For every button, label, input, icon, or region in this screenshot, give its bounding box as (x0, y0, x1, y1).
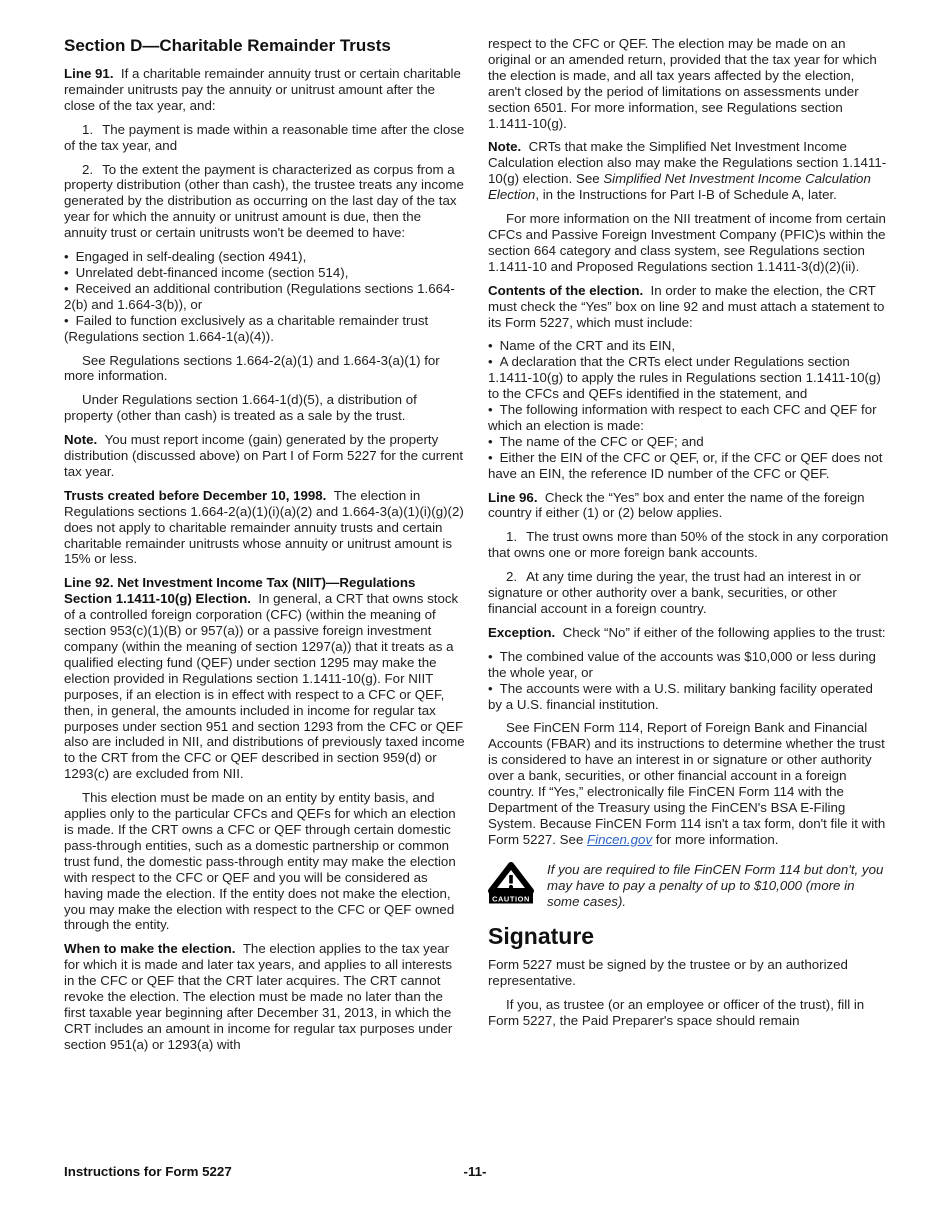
bullet-icon: • (488, 402, 493, 417)
paragraph: Line 91. If a charitable remainder annui… (64, 66, 465, 114)
text-run: A declaration that the CRTs elect under … (488, 354, 881, 401)
footer-doc-title: Instructions for Form 5227 (64, 1164, 232, 1179)
text-run: Engaged in self-dealing (section 4941), (76, 249, 307, 264)
text-run: The payment is made within a reasonable … (64, 122, 464, 153)
bullet-icon: • (488, 434, 493, 449)
paragraph-lead: When to make the election. (64, 941, 243, 956)
paragraph-lead: Trusts created before December 10, 1998. (64, 488, 334, 503)
text-run: Check the “Yes” box and enter the name o… (488, 490, 864, 521)
text-run: The name of the CFC or QEF; and (500, 434, 704, 449)
text-run: If you, as trustee (or an employee or of… (488, 997, 864, 1028)
paragraph: Exception. Check “No” if either of the f… (488, 625, 889, 641)
bullet-icon: • (488, 450, 493, 465)
paragraph: This election must be made on an entity … (64, 790, 465, 933)
bullet-item: •The following information with respect … (488, 402, 889, 434)
text-run: Under Regulations section 1.664-1(d)(5),… (64, 392, 417, 423)
list-number: 2. (506, 569, 517, 584)
bullet-item: •A declaration that the CRTs elect under… (488, 354, 889, 402)
text-run: You must report income (gain) generated … (64, 432, 463, 479)
paragraph: Note. CRTs that make the Simplified Net … (488, 139, 889, 203)
signature-heading: Signature (488, 923, 889, 949)
paragraph: Line 96. Check the “Yes” box and enter t… (488, 490, 889, 522)
text-run: Name of the CRT and its EIN, (500, 338, 675, 353)
paragraph: Note. You must report income (gain) gene… (64, 432, 465, 480)
fincen-gov-link[interactable]: Fincen.gov (587, 832, 652, 847)
paragraph-lead: Note. (64, 432, 105, 447)
bullet-item: •The combined value of the accounts was … (488, 649, 889, 681)
list-number: 1. (82, 122, 93, 137)
text-run: Check “No” if either of the following ap… (563, 625, 886, 640)
text-run: The accounts were with a U.S. military b… (488, 681, 873, 712)
text-run: Either the EIN of the CFC or QEF, or, if… (488, 450, 882, 481)
text-run: The election applies to the tax year for… (64, 941, 452, 1051)
caution-text: If you are required to file FinCEN Form … (547, 861, 889, 910)
bullet-icon: • (64, 265, 69, 280)
paragraph: Form 5227 must be signed by the trustee … (488, 957, 889, 989)
paragraph-lead: Note. (488, 139, 529, 154)
paragraph: respect to the CFC or QEF. The election … (488, 36, 889, 131)
bullet-item: •Name of the CRT and its EIN, (488, 338, 889, 354)
bullet-icon: • (488, 354, 493, 369)
bullet-item: •Either the EIN of the CFC or QEF, or, i… (488, 450, 889, 482)
text-run: To the extent the payment is characteriz… (64, 162, 464, 241)
text-run: If a charitable remainder annuity trust … (64, 66, 461, 113)
text-run: respect to the CFC or QEF. The election … (488, 36, 877, 131)
list-number: 2. (82, 162, 93, 177)
paragraph: See FinCEN Form 114, Report of Foreign B… (488, 720, 889, 847)
bullet-item: •The accounts were with a U.S. military … (488, 681, 889, 713)
bullet-icon: • (488, 338, 493, 353)
list-number: 1. (506, 529, 517, 544)
bullet-icon: • (488, 681, 493, 696)
bullet-icon: • (64, 313, 69, 328)
text-run: For more information on the NII treatmen… (488, 211, 886, 274)
text-run: See FinCEN Form 114, Report of Foreign B… (488, 720, 885, 846)
text-run: This election must be made on an entity … (64, 790, 456, 932)
paragraph: Contents of the election. In order to ma… (488, 283, 889, 331)
caution-icon: CAUTION (488, 861, 534, 908)
bullet-item: •Received an additional contribution (Re… (64, 281, 465, 313)
bullet-item: •Unrelated debt-financed income (section… (64, 265, 465, 281)
bullet-icon: • (64, 249, 69, 264)
numbered-item: 1.The payment is made within a reasonabl… (64, 122, 465, 154)
text-run: , in the Instructions for Part I-B of Sc… (535, 187, 837, 202)
bullet-item: •Engaged in self-dealing (section 4941), (64, 249, 465, 265)
text-run: The combined value of the accounts was $… (488, 649, 876, 680)
text-run: At any time during the year, the trust h… (488, 569, 861, 616)
text-run: Unrelated debt-financed income (section … (76, 265, 349, 280)
text-run: The following information with respect t… (488, 402, 877, 433)
bullet-icon: • (64, 281, 69, 296)
paragraph-lead: Line 91. (64, 66, 121, 81)
paragraph: See Regulations sections 1.664-2(a)(1) a… (64, 353, 465, 385)
bullet-item: •The name of the CFC or QEF; and (488, 434, 889, 450)
paragraph-lead: Exception. (488, 625, 563, 640)
text-run: Received an additional contribution (Reg… (64, 281, 455, 312)
text-run: If you are required to file FinCEN Form … (547, 862, 883, 909)
section-heading: Section D—Charitable Remainder Trusts (64, 36, 465, 56)
paragraph-lead: Line 96. (488, 490, 545, 505)
paragraph: For more information on the NII treatmen… (488, 211, 889, 275)
paragraph: If you, as trustee (or an employee or of… (488, 997, 889, 1029)
right-column: respect to the CFC or QEF. The election … (488, 36, 889, 1061)
caution-note: CAUTIONIf you are required to file FinCE… (488, 861, 889, 910)
text-run: Failed to function exclusively as a char… (64, 313, 428, 344)
text-run: The trust owns more than 50% of the stoc… (488, 529, 888, 560)
numbered-item: 2.At any time during the year, the trust… (488, 569, 889, 617)
text-run: In general, a CRT that owns stock of a c… (64, 591, 465, 781)
paragraph: Under Regulations section 1.664-1(d)(5),… (64, 392, 465, 424)
bullet-item: •Failed to function exclusively as a cha… (64, 313, 465, 345)
paragraph-lead: Contents of the election. (488, 283, 651, 298)
paragraph: When to make the election. The election … (64, 941, 465, 1052)
left-column: Section D—Charitable Remainder TrustsLin… (64, 36, 465, 1061)
two-column-layout: Section D—Charitable Remainder TrustsLin… (64, 36, 889, 1061)
text-run: Form 5227 must be signed by the trustee … (488, 957, 848, 988)
text-run: See Regulations sections 1.664-2(a)(1) a… (64, 353, 440, 384)
bullet-icon: • (488, 649, 493, 664)
numbered-item: 2.To the extent the payment is character… (64, 162, 465, 242)
paragraph: Line 92. Net Investment Income Tax (NIIT… (64, 575, 465, 782)
numbered-item: 1.The trust owns more than 50% of the st… (488, 529, 889, 561)
svg-text:CAUTION: CAUTION (492, 894, 530, 903)
document-page: Section D—Charitable Remainder TrustsLin… (0, 0, 950, 1061)
paragraph: Trusts created before December 10, 1998.… (64, 488, 465, 568)
text-run: for more information. (652, 832, 778, 847)
